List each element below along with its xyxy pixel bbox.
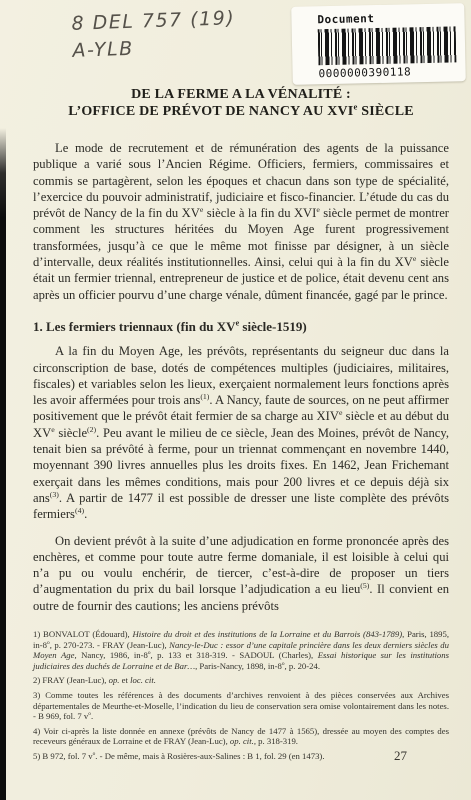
- barcode-icon: [318, 26, 457, 65]
- handwritten-line1: 8 DEL 757 (19): [71, 5, 236, 38]
- footnote-1: 1) BONVALOT (Édouard), Histoire du droit…: [33, 629, 449, 671]
- paragraph-adjudication: On devient prévôt à la suite d’une adjud…: [33, 533, 449, 614]
- scanned-document-page: 8 DEL 757 (19) A-YLB Document 0000000390…: [0, 0, 471, 800]
- footnote-3: 3) Comme toutes les références à des doc…: [33, 690, 449, 722]
- paragraph-fermiers: A la fin du Moyen Age, les prévôts, repr…: [33, 343, 449, 522]
- handwritten-shelfmark: 8 DEL 757 (19) A-YLB: [71, 5, 236, 65]
- article-title: DE LA FERME A LA VÉNALITÉ : L’OFFICE DE …: [33, 86, 449, 120]
- page-content: DE LA FERME A LA VÉNALITÉ : L’OFFICE DE …: [33, 86, 449, 762]
- barcode-number: 0000000390118: [318, 64, 465, 80]
- sticker-label: Document: [317, 10, 464, 26]
- footnote-2: 2) FRAY (Jean-Luc), op. et loc. cit.: [33, 675, 449, 686]
- footnotes-block: 1) BONVALOT (Édouard), Histoire du droit…: [33, 629, 449, 762]
- page-number: 27: [394, 748, 407, 764]
- article-title-line2: L’OFFICE DE PRÉVOT DE NANCY AU XVIe SIÈC…: [33, 103, 449, 120]
- footnote-4: 4) Voir ci-après la liste donnée en anne…: [33, 726, 449, 747]
- footnote-5: 5) B 972, fol. 7 vo. - De même, mais à R…: [33, 751, 449, 762]
- library-barcode-sticker: Document 0000000390118: [291, 3, 466, 85]
- paragraph-intro: Le mode de recrutement et de rémunératio…: [33, 140, 449, 303]
- section-heading: 1. Les fermiers triennaux (fin du XVe si…: [33, 319, 449, 335]
- scan-edge-shadow: [0, 128, 6, 800]
- handwritten-line2: A-YLB: [72, 32, 237, 65]
- article-title-line1: DE LA FERME A LA VÉNALITÉ :: [33, 86, 449, 103]
